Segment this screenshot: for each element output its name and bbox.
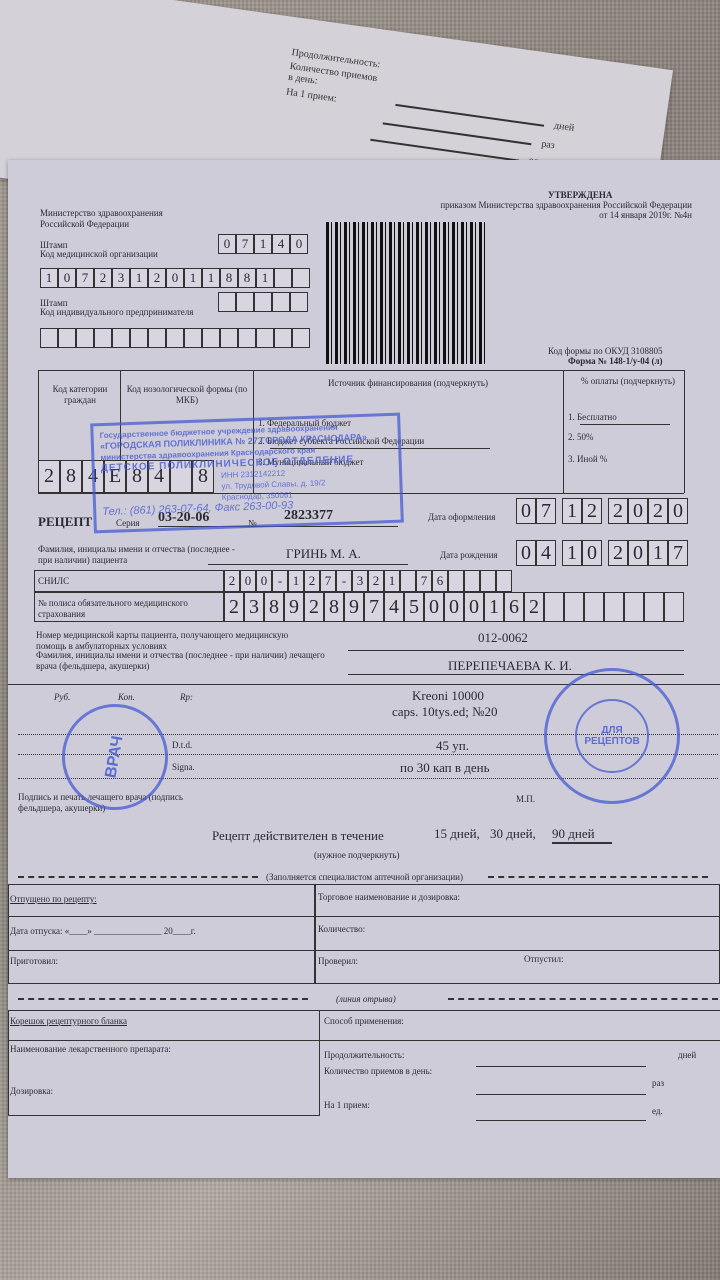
digit-box: 0: [218, 234, 236, 254]
method-label: Способ применения:: [324, 1016, 404, 1027]
duration-unit: дней: [678, 1050, 696, 1061]
digit-box: 2: [582, 498, 602, 524]
digit-box: 8: [220, 268, 238, 288]
stub-title: Корешок рецептурного бланка: [10, 1016, 127, 1027]
trade-name-label: Торговое наименование и дозировка:: [318, 892, 460, 903]
digit-box: 1: [202, 268, 220, 288]
digit-box: [664, 592, 684, 622]
digit-box: 9: [284, 592, 304, 622]
digit-box: 0: [516, 540, 536, 566]
digit-box: [496, 570, 512, 592]
pharmacy-fill-note: (Заполняется специалистом аптечной орган…: [266, 872, 463, 883]
round-stamp-text: ДЛЯ РЕЦЕПТОВ: [577, 725, 647, 747]
snils-label: СНИЛС: [38, 576, 69, 587]
digit-box: -: [336, 570, 352, 592]
validity-hint: (нужное подчеркнуть): [314, 850, 399, 861]
per-dose-label: На 1 прием:: [324, 1100, 370, 1111]
digit-box: [256, 328, 274, 348]
drug-name: Kreoni 10000: [412, 688, 484, 704]
digit-box: 3: [112, 268, 130, 288]
digit-box: 2: [304, 570, 320, 592]
digit-box: [166, 328, 184, 348]
digit-box: 2: [524, 592, 544, 622]
dtd-label: D.t.d.: [172, 740, 192, 751]
digit-box: 6: [432, 570, 448, 592]
digit-box: 0: [516, 498, 536, 524]
digit-box: 1: [384, 570, 400, 592]
ip-code-label: Код индивидуального предпринимателя: [40, 307, 193, 318]
digit-box: 7: [668, 540, 688, 566]
times-label: Количество приемов в день:: [324, 1066, 454, 1077]
drug-form: caps. 10tys.ed; №20: [392, 704, 498, 720]
digit-box: [290, 292, 308, 312]
digit-box: 1: [254, 234, 272, 254]
digit-box: [148, 328, 166, 348]
datamatrix-barcode: [326, 222, 486, 364]
doctor-name: ПЕРЕПЕЧАЕВА К. И.: [448, 658, 572, 674]
digit-box: [274, 328, 292, 348]
digit-box: 0: [290, 234, 308, 254]
card-number: 012-0062: [478, 630, 528, 646]
digit-box: 7: [320, 570, 336, 592]
payment-header: % оплаты (подчеркнуть): [578, 376, 678, 387]
digit-box: [480, 570, 496, 592]
digit-box: [40, 328, 58, 348]
digit-box: [274, 268, 292, 288]
digit-box: 2: [368, 570, 384, 592]
digit-box: [218, 292, 236, 312]
digit-box: [202, 328, 220, 348]
digit-box: [58, 328, 76, 348]
payment-option-2: 2. 50%: [568, 432, 594, 443]
digit-box: [112, 328, 130, 348]
digit-box: [94, 328, 112, 348]
digit-box: [400, 570, 416, 592]
digit-box: -: [272, 570, 288, 592]
digit-box: [604, 592, 624, 622]
signa-value: по 30 кап в день: [400, 760, 490, 776]
digit-box: 7: [76, 268, 94, 288]
birth-date-label: Дата рождения: [440, 550, 498, 561]
times-unit: раз: [652, 1078, 664, 1089]
digit-box: 2: [224, 592, 244, 622]
dosage-label: Дозировка:: [10, 1086, 53, 1097]
digit-box: 1: [484, 592, 504, 622]
payment-option-3: 3. Иной %: [568, 454, 607, 465]
rub-label: Руб.: [54, 692, 70, 703]
issue-date-label: Дата оформления: [428, 512, 495, 523]
digit-box: 9: [344, 592, 364, 622]
card-label: Номер медицинской карты пациента, получа…: [36, 630, 316, 652]
digit-box: [184, 328, 202, 348]
signa-label: Signa.: [172, 762, 195, 773]
digit-box: 0: [668, 498, 688, 524]
digit-box: 1: [130, 268, 148, 288]
digit-box: 0: [166, 268, 184, 288]
mp-label: М.П.: [516, 794, 535, 805]
digit-box: [544, 592, 564, 622]
digit-box: 4: [272, 234, 290, 254]
digit-box: [272, 292, 290, 312]
digit-box: 2: [608, 498, 628, 524]
digit-box: 0: [444, 592, 464, 622]
digit-box: 1: [184, 268, 202, 288]
digit-box: [238, 328, 256, 348]
digit-box: 2: [94, 268, 112, 288]
checked-label: Проверил:: [318, 956, 358, 967]
digit-box: [76, 328, 94, 348]
digit-box: 8: [264, 592, 284, 622]
digit-box: 8: [60, 460, 82, 493]
digit-box: 0: [628, 498, 648, 524]
oms-label: № полиса обязательного медицинского стра…: [38, 598, 218, 620]
digit-box: [254, 292, 272, 312]
digit-box: 0: [582, 540, 602, 566]
validity-option-90: 90 дней: [552, 826, 595, 842]
ministry-title: Министерство здравоохранения Российской …: [40, 208, 200, 230]
clinic-stamp: Государственное бюджетное учреждение здр…: [90, 413, 404, 534]
mkb-header: Код нозологической формы (по МКБ): [122, 384, 252, 406]
digit-box: [644, 592, 664, 622]
digit-box: 4: [536, 540, 556, 566]
digit-box: [130, 328, 148, 348]
drug-name-label: Наименование лекарственного препарата:: [10, 1044, 171, 1055]
payment-option-1: 1. Бесплатно: [568, 412, 617, 423]
digit-box: 0: [58, 268, 76, 288]
digit-box: 7: [364, 592, 384, 622]
digit-box: 4: [384, 592, 404, 622]
quantity-label: Количество:: [318, 924, 365, 935]
category-header: Код категории граждан: [40, 384, 120, 406]
validity-option-15: 15 дней,: [434, 826, 480, 842]
released-label: Отпустил:: [524, 954, 564, 965]
bg-unit-days: дней: [553, 120, 575, 134]
digit-box: 5: [404, 592, 424, 622]
validity-option-30: 30 дней,: [490, 826, 536, 842]
digit-box: 7: [536, 498, 556, 524]
digit-box: 2: [304, 592, 324, 622]
digit-box: 0: [256, 570, 272, 592]
digit-box: [624, 592, 644, 622]
digit-box: 2: [38, 460, 60, 493]
prescription-form: Министерство здравоохранения Российской …: [8, 160, 720, 1178]
rp-label: Rp:: [180, 692, 193, 703]
duration-label: Продолжительность:: [324, 1050, 404, 1061]
patient-label: Фамилия, инициалы имени и отчества (посл…: [38, 544, 238, 566]
digit-box: 0: [424, 592, 444, 622]
dispense-date-label: Дата отпуска: «____» _______________ 20_…: [10, 926, 196, 937]
bg-unit-times: раз: [541, 139, 556, 152]
digit-box: 1: [648, 540, 668, 566]
digit-box: 1: [256, 268, 274, 288]
digit-box: 0: [240, 570, 256, 592]
digit-box: [448, 570, 464, 592]
digit-box: 2: [224, 570, 240, 592]
digit-box: [236, 292, 254, 312]
bg-label-per-dose: На 1 прием:: [285, 87, 337, 105]
dispensed-label: Отпущено по рецепту:: [10, 894, 97, 905]
form-number: Форма № 148-1/у-04 (л): [568, 356, 663, 367]
patient-name: ГРИНЬ М. А.: [286, 546, 361, 562]
digit-box: 3: [244, 592, 264, 622]
doctor-stamp-text: ВРАЧ: [102, 735, 127, 780]
digit-box: 2: [148, 268, 166, 288]
digit-box: 6: [504, 592, 524, 622]
digit-box: 3: [352, 570, 368, 592]
digit-box: 8: [324, 592, 344, 622]
digit-box: [292, 268, 310, 288]
tear-line-label: (линия отрыва): [336, 994, 396, 1005]
digit-box: 8: [238, 268, 256, 288]
kop-label: Коп.: [118, 692, 135, 703]
digit-box: 7: [416, 570, 432, 592]
per-dose-unit: ед.: [652, 1106, 663, 1117]
digit-box: 2: [608, 540, 628, 566]
digit-box: 1: [562, 540, 582, 566]
digit-box: [564, 592, 584, 622]
round-clinic-stamp: ДЛЯ РЕЦЕПТОВ: [544, 668, 680, 804]
digit-box: 1: [40, 268, 58, 288]
digit-box: 1: [562, 498, 582, 524]
doctor-label: Фамилия, инициалы имени и отчества (посл…: [36, 650, 326, 672]
digit-box: [584, 592, 604, 622]
digit-box: 0: [464, 592, 484, 622]
order-line-2: от 14 января 2019г. №4н: [406, 210, 692, 221]
org-code-label: Код медицинской организации: [40, 249, 158, 260]
prescription-title: РЕЦЕПТ: [38, 514, 92, 530]
dtd-value: 45 уп.: [436, 738, 469, 754]
digit-box: [464, 570, 480, 592]
digit-box: 7: [236, 234, 254, 254]
prepared-label: Приготовил:: [10, 956, 58, 967]
digit-box: [220, 328, 238, 348]
digit-box: 2: [648, 498, 668, 524]
funding-header: Источник финансирования (подчеркнуть): [328, 378, 488, 389]
digit-box: [292, 328, 310, 348]
validity-label: Рецепт действителен в течение: [212, 828, 384, 844]
digit-box: 1: [288, 570, 304, 592]
digit-box: 0: [628, 540, 648, 566]
